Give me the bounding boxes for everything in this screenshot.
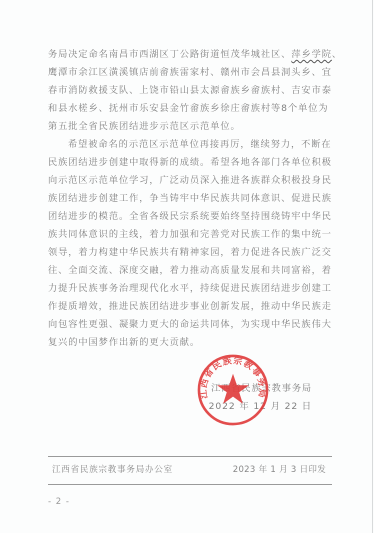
- page-edge: [372, 0, 373, 533]
- footer-print-date: 2023 年 1 月 3 日印发: [233, 462, 326, 478]
- document-page: 务局决定命名南昌市西湖区丁公路街道恒茂华城社区、萍乡学院、 鹰潭市余江区潢溪镇店…: [0, 0, 374, 533]
- underlined-term: 萍乡学院: [291, 49, 332, 60]
- text-line: 作提质增效，推进民族团结进步事业创新发展，推动中华民族走: [48, 298, 338, 316]
- text-line: 鹰潭市余江区潢溪镇店前畲族雷家村、赣州市会昌县洞头乡、宜: [48, 64, 338, 82]
- official-seal-icon: 江西省民族宗教事务局: [196, 353, 270, 427]
- footer-issuer: 江西省民族宗教事务局办公室: [52, 462, 173, 478]
- text-line: 和县水槎乡、抚州市乐安县金竹畲族乡徐庄畲族村等8个单位为: [48, 100, 338, 118]
- text-line: 团结进步的模范。全省各级民宗系统要始终坚持围绕铸牢中华民: [48, 208, 338, 226]
- text-line: 复兴的中国梦作出新的更大贡献。: [48, 334, 338, 352]
- text-line: 春市消防救援支队、上饶市铅山县太源畲族乡畲族村、吉安市泰: [48, 82, 338, 100]
- text-line: 务局决定命名南昌市西湖区丁公路街道恒茂华城社区、萍乡学院、: [48, 46, 338, 64]
- text-segment: 务局决定命名南昌市西湖区丁公路街道恒茂华城社区、: [48, 49, 291, 60]
- footer-rule-bottom: [48, 484, 332, 485]
- text-segment: 、: [332, 49, 342, 60]
- page-number: - 2 -: [48, 497, 70, 507]
- text-line: 希望被命名的示范区示范单位再接再厉，继续努力，不断在: [48, 136, 338, 154]
- text-line: 力提升民族事务治理现代化水平，持续促进民族团结进步创建工: [48, 280, 338, 298]
- text-line: 民族团结进步创建中取得新的成绩。希望各地各部门各单位积极: [48, 154, 338, 172]
- text-line: 往、全面交流、深度交融，着力推动高质量发展和共同富裕，着: [48, 262, 338, 280]
- footer-rule-top: [48, 456, 332, 457]
- text-line: 族团结进步创建工作，争当铸牢中华民族共同体意识、促进民族: [48, 190, 338, 208]
- document-body: 务局决定命名南昌市西湖区丁公路街道恒茂华城社区、萍乡学院、 鹰潭市余江区潢溪镇店…: [48, 46, 338, 352]
- text-line: 第五批全省民族团结进步示范区示范单位。: [48, 118, 338, 136]
- text-line: 向包容性更强、凝聚力更大的命运共同体，为实现中华民族伟大: [48, 316, 338, 334]
- text-line: 族共同体意识的主线，着力加强和完善党对民族工作的集中统一: [48, 226, 338, 244]
- text-line: 领导，着力构建中华民族共有精神家园，着力促进各民族广泛交: [48, 244, 338, 262]
- text-line: 向示范区示范单位学习，广泛动员深入推进各族群众积极投身民: [48, 172, 338, 190]
